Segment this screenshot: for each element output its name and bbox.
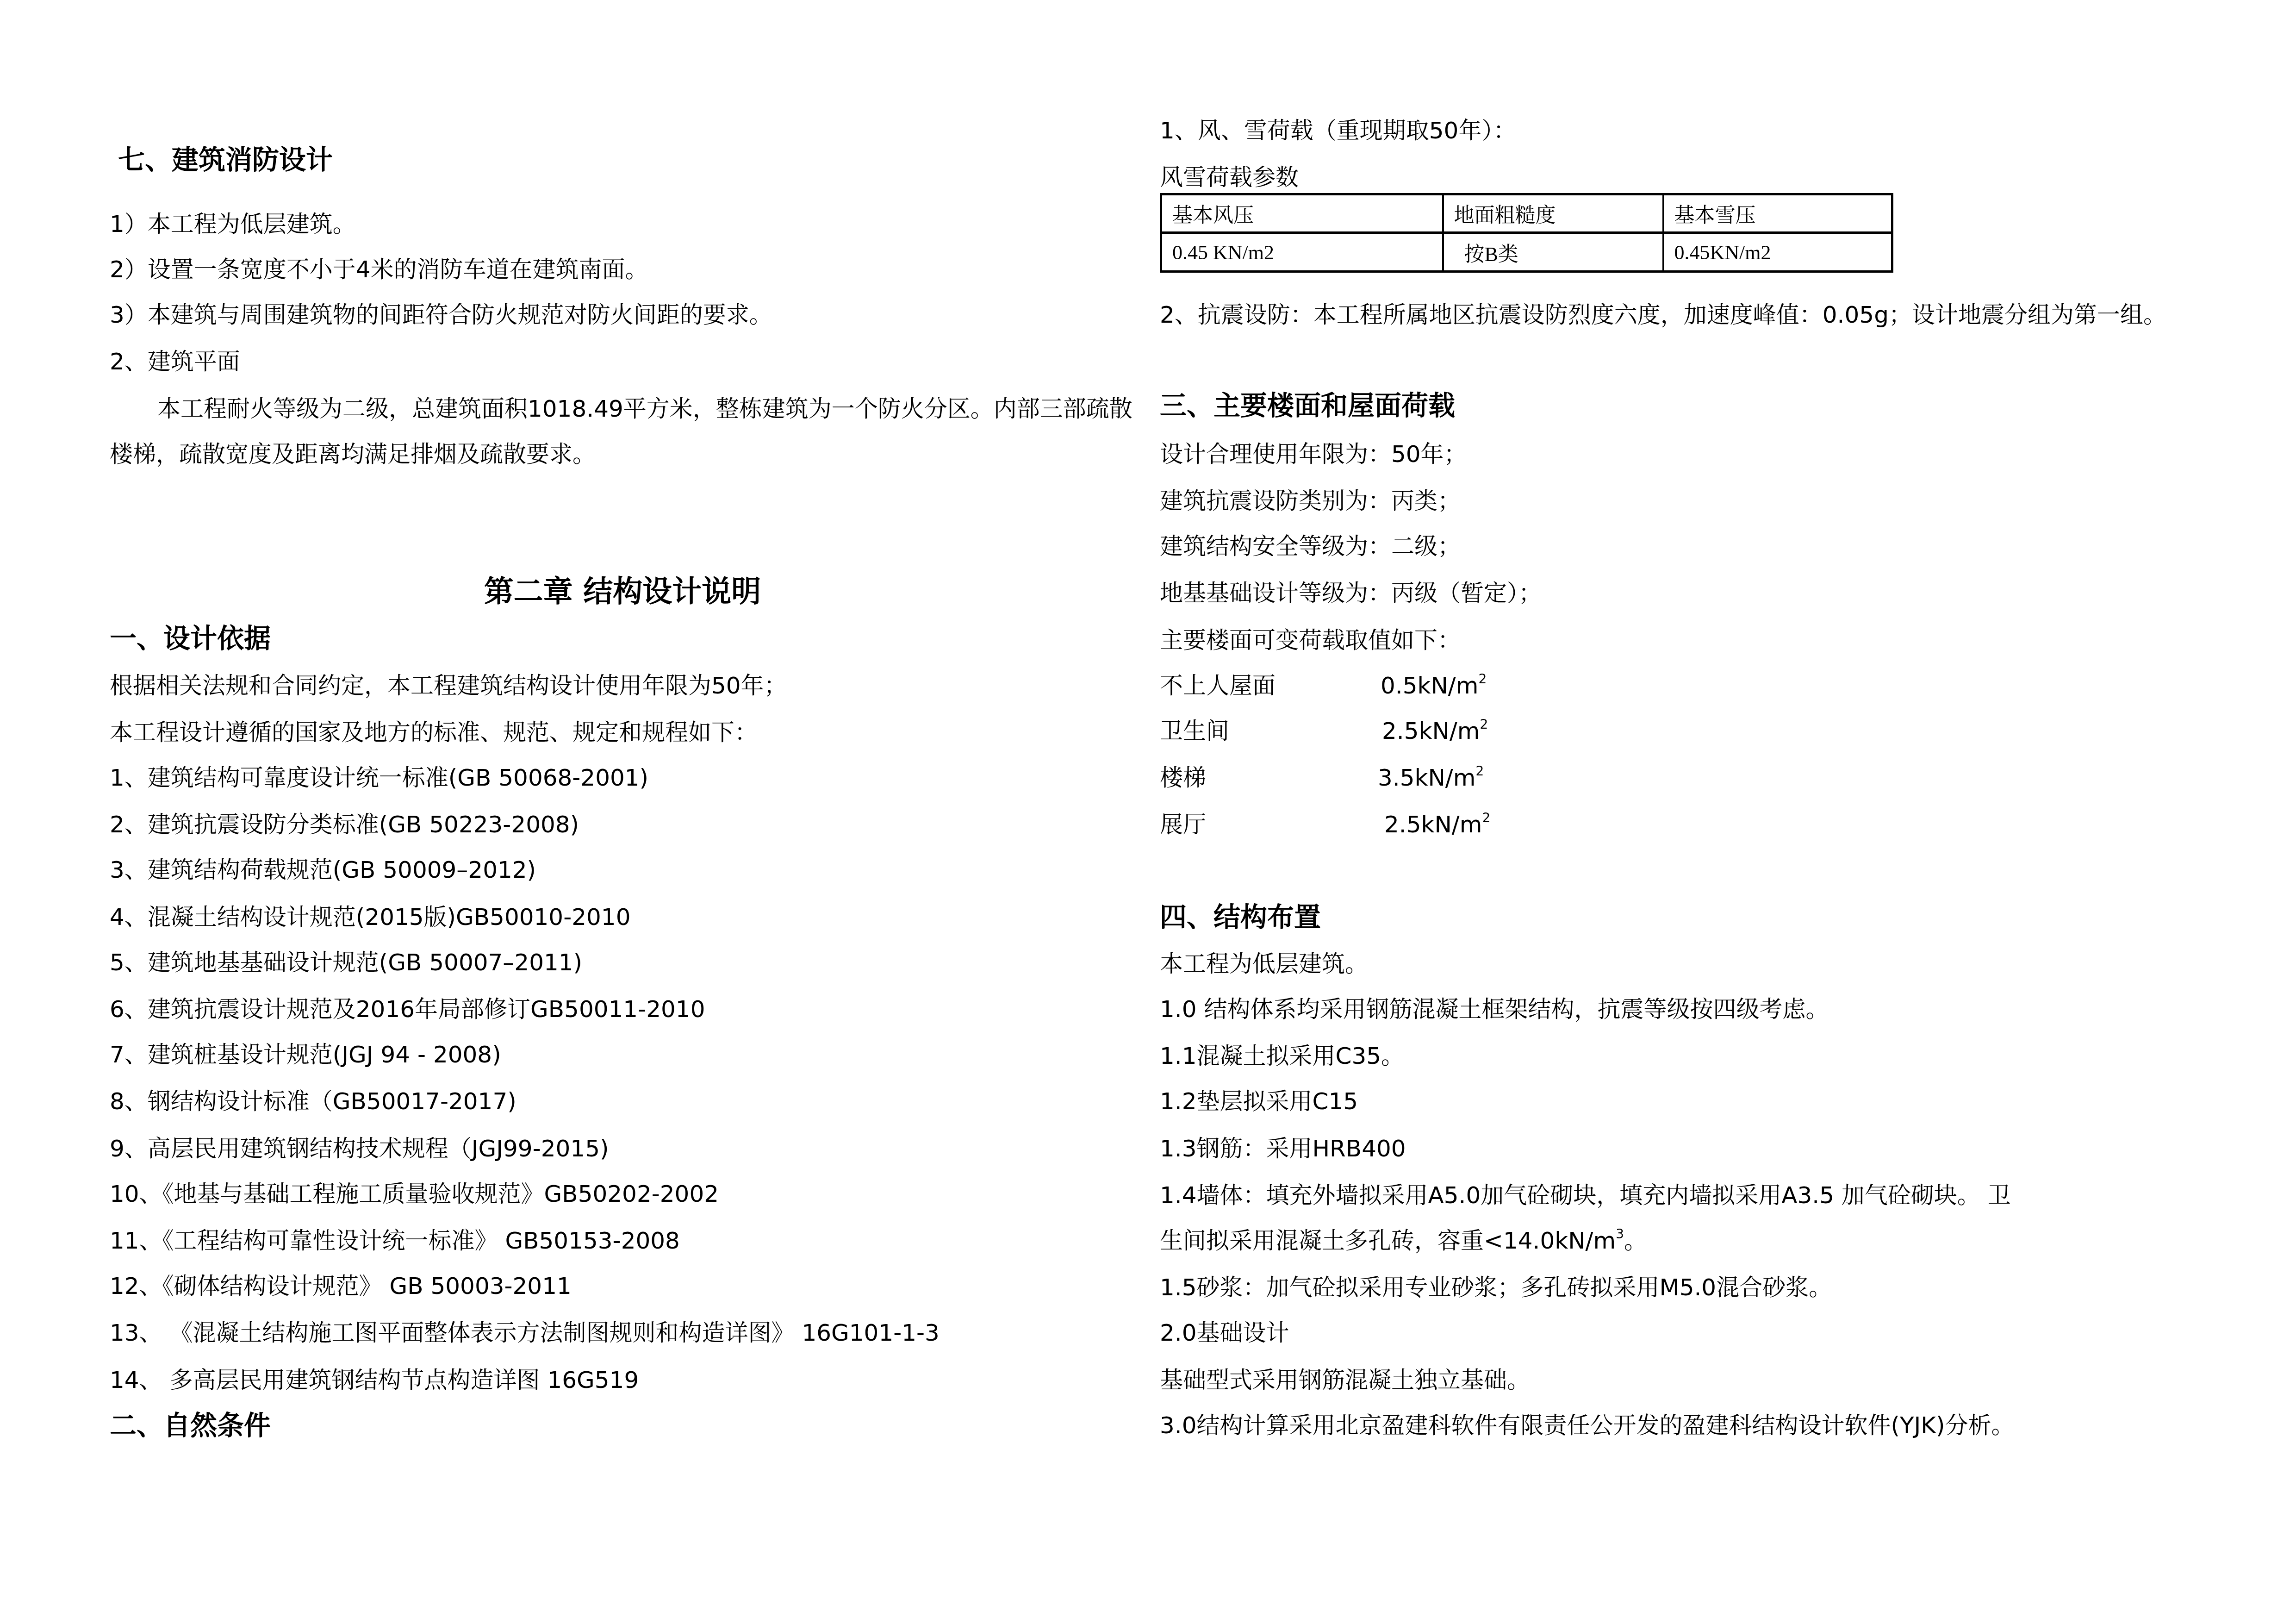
layout-line: 1.1混凝土拟采用C35。 <box>1160 1041 1404 1071</box>
table-header-cell: 基本雪压 <box>1663 194 1892 233</box>
load-label: 展厅 <box>1160 810 1206 839</box>
density-end: 。 <box>1624 1227 1647 1254</box>
standard-item: 9、高层民用建筑钢结构技术规程（JGJ99-2015) <box>110 1134 609 1163</box>
chapter-title: 第二章 结构设计说明 <box>0 574 1245 609</box>
layout-line: 基础型式采用钢筋混凝土独立基础。 <box>1160 1365 1530 1395</box>
load-value: 2.5kN/m2 <box>1384 810 1490 839</box>
standard-item: 8、钢结构设计标准（GB50017-2017) <box>110 1087 516 1116</box>
load-value-text: 0.5kN/m <box>1381 672 1478 699</box>
design-basis-heading: 一、设计依据 <box>110 622 271 655</box>
layout-line: 1.0 结构体系均采用钢筋混凝土框架结构，抗震等级按四级考虑。 <box>1160 994 1829 1024</box>
load-value-sup: 2 <box>1475 763 1484 779</box>
standard-item: 13、 《混凝土结构施工图平面整体表示方法制图规则和构造详图》 16G101-1… <box>110 1318 940 1348</box>
layout-line: 1.3钢筋：采用HRB400 <box>1160 1134 1406 1163</box>
design-basis-intro-2: 本工程设计遵循的国家及地方的标准、规范、规定和规程如下： <box>110 718 758 747</box>
standard-item: 7、建筑桩基设计规范(JGJ 94 - 2008) <box>110 1040 501 1069</box>
standard-item: 1、建筑结构可靠度设计统一标准(GB 50068-2001) <box>110 763 648 793</box>
load-value-sup: 2 <box>1482 810 1490 825</box>
layout-line: 本工程为低层建筑。 <box>1160 949 1368 979</box>
standard-item: 5、建筑地基基础设计规范(GB 50007–2011) <box>110 948 582 977</box>
layout-line: 1.5砂浆：加气砼拟采用专业砂浆；多孔砖拟采用M5.0混合砂浆。 <box>1160 1273 1832 1302</box>
table-header-row: 基本风压 地面粗糙度 基本雪压 <box>1161 194 1892 233</box>
fire-item-2: 2）设置一条宽度不小于4米的消防车道在建筑南面。 <box>110 255 648 284</box>
standard-item: 10、《地基与基础工程施工质量验收规范》GB50202-2002 <box>110 1179 719 1209</box>
standard-item: 12、《砌体结构设计规范》 GB 50003-2011 <box>110 1271 572 1301</box>
table-cell: 按B类 <box>1443 233 1663 272</box>
load-value: 3.5kN/m2 <box>1378 763 1484 793</box>
layout-line: 2.0基础设计 <box>1160 1318 1289 1348</box>
table-cell: 0.45 KN/m2 <box>1161 233 1443 272</box>
design-basis-intro-1: 根据相关法规和合同约定，本工程建筑结构设计使用年限为50年； <box>110 671 787 700</box>
building-plan-paragraph-line1: 本工程耐火等级为二级，总建筑面积1018.49平方米，整栋建筑为一个防火分区。内… <box>157 394 1132 424</box>
wind-snow-title: 1、风、雪荷载（重现期取50年）： <box>1160 116 1516 145</box>
table-cell: 0.45KN/m2 <box>1663 233 1892 272</box>
table-header-cell: 基本风压 <box>1161 194 1443 233</box>
layout-line: 1.2垫层拟采用C15 <box>1160 1087 1358 1116</box>
natural-conditions-heading: 二、自然条件 <box>110 1409 271 1442</box>
fire-design-heading: 七、建筑消防设计 <box>118 144 333 176</box>
table-header-cell: 地面粗糙度 <box>1443 194 1663 233</box>
standard-item: 11、《工程结构可靠性设计统一标准》 GB50153-2008 <box>110 1226 680 1255</box>
loads-heading: 三、主要楼面和屋面荷载 <box>1160 389 1455 422</box>
standard-item: 6、建筑抗震设计规范及2016年局部修订GB50011-2010 <box>110 994 705 1024</box>
wind-snow-table-caption: 风雪荷载参数 <box>1160 162 1299 192</box>
loads-line: 设计合理使用年限为：50年； <box>1160 439 1467 469</box>
building-plan-paragraph-line2: 楼梯，疏散宽度及距离均满足排烟及疏散要求。 <box>110 439 596 469</box>
table-row: 0.45 KN/m2 按B类 0.45KN/m2 <box>1161 233 1892 272</box>
fire-item-1: 1）本工程为低层建筑。 <box>110 209 356 239</box>
building-plan-subheading: 2、建筑平面 <box>110 347 240 376</box>
load-label: 不上人屋面 <box>1160 671 1276 700</box>
standard-item: 14、 多高层民用建筑钢结构节点构造详图 16G519 <box>110 1365 639 1395</box>
layout-line: 生间拟采用混凝土多孔砖，容重<14.0kN/m3。 <box>1160 1226 1647 1255</box>
load-value-sup: 2 <box>1480 717 1488 732</box>
layout-heading: 四、结构布置 <box>1160 901 1321 933</box>
load-value-text: 3.5kN/m <box>1378 764 1475 791</box>
standard-item: 4、混凝土结构设计规范(2015版)GB50010-2010 <box>110 902 630 932</box>
load-value: 0.5kN/m2 <box>1381 671 1487 700</box>
loads-line: 建筑抗震设防类别为：丙类； <box>1160 486 1461 516</box>
layout-line: 1.4墙体：填充外墙拟采用A5.0加气砼砌块，填充内墙拟采用A3.5 加气砼砌块… <box>1160 1181 2011 1210</box>
layout-line: 3.0结构计算采用北京盈建科软件有限责任公开发的盈建科结构设计软件(YJK)分析… <box>1160 1411 2015 1440</box>
load-value-sup: 2 <box>1478 671 1487 687</box>
density-sup: 3 <box>1616 1226 1624 1242</box>
loads-line: 地基基础设计等级为：丙级（暂定）； <box>1160 578 1542 608</box>
seismic-line: 2、抗震设防：本工程所属地区抗震设防烈度六度，加速度峰值：0.05g；设计地震分… <box>1160 300 2166 330</box>
fire-item-3: 3）本建筑与周围建筑物的间距符合防火规范对防火间距的要求。 <box>110 300 772 330</box>
standard-item: 3、建筑结构荷载规范(GB 50009–2012) <box>110 855 536 885</box>
load-value: 2.5kN/m2 <box>1382 716 1488 746</box>
load-label: 楼梯 <box>1160 763 1206 793</box>
loads-line: 建筑结构安全等级为：二级； <box>1160 531 1461 561</box>
wind-snow-table: 基本风压 地面粗糙度 基本雪压 0.45 KN/m2 按B类 0.45KN/m2 <box>1160 193 1893 273</box>
layout-line-text: 生间拟采用混凝土多孔砖，容重<14.0kN/m <box>1160 1227 1616 1254</box>
load-label: 卫生间 <box>1160 716 1229 746</box>
loads-line: 主要楼面可变荷载取值如下： <box>1160 625 1461 655</box>
load-value-text: 2.5kN/m <box>1384 811 1482 838</box>
standard-item: 2、建筑抗震设防分类标准(GB 50223-2008) <box>110 810 579 839</box>
load-value-text: 2.5kN/m <box>1382 718 1480 744</box>
